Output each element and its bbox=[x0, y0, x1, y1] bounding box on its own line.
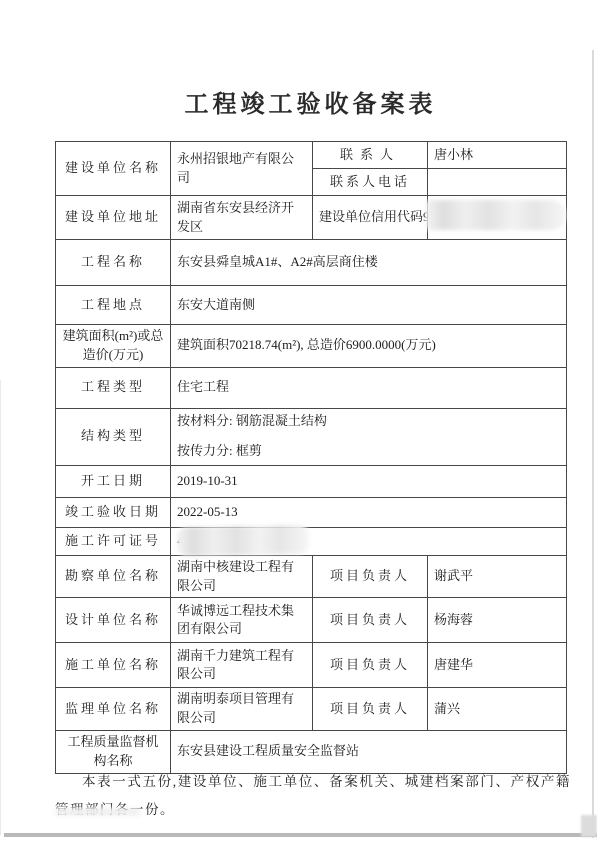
permit-no-redaction-blur bbox=[177, 525, 310, 557]
label-contact: 联系人 bbox=[313, 142, 428, 169]
row-project-type: 工程类型 住宅工程 bbox=[56, 367, 567, 408]
scanned-form-page: 工程竣工验收备案表 建设单位名称 永州招银地产有限公司 联系人 唐小林 联系人电… bbox=[0, 0, 597, 841]
filing-form-table: 建设单位名称 永州招银地产有限公司 联系人 唐小林 联系人电话 建设单位地址 湖… bbox=[55, 141, 567, 774]
label-credit-code: 建设单位信用代码9 bbox=[313, 196, 428, 240]
label-supervision-leader: 项目负责人 bbox=[313, 688, 428, 731]
label-project-location: 工程地点 bbox=[56, 286, 171, 325]
label-design-leader: 项目负责人 bbox=[313, 598, 428, 643]
value-survey-leader: 谢武平 bbox=[428, 555, 567, 598]
value-builder-address: 湖南省东安县经济开发区 bbox=[171, 196, 313, 240]
row-quality-agency: 工程质量监督机构名称 东安县建设工程质量安全监督站 bbox=[56, 731, 567, 774]
value-supervision-unit: 湖南明泰项目管理有限公司 bbox=[171, 688, 313, 731]
row-design-unit: 设计单位名称 华诚博远工程技术集团有限公司 项目负责人 杨海蓉 bbox=[56, 598, 567, 643]
row-builder-name: 建设单位名称 永州招银地产有限公司 联系人 唐小林 bbox=[56, 142, 567, 169]
page-edge-left bbox=[0, 380, 1, 835]
label-start-date: 开工日期 bbox=[56, 465, 171, 497]
row-supervision-unit: 监理单位名称 湖南明泰项目管理有限公司 项目负责人 蒲兴 bbox=[56, 688, 567, 731]
page-corner-shadow bbox=[581, 815, 597, 837]
structure-by-material: 按材料分: 钢筋混凝土结构 bbox=[177, 412, 560, 431]
value-start-date: 2019-10-31 bbox=[171, 465, 567, 497]
label-construction-unit: 施工单位名称 bbox=[56, 643, 171, 688]
value-quality-agency: 东安县建设工程质量安全监督站 bbox=[171, 731, 567, 774]
label-construction-leader: 项目负责人 bbox=[313, 643, 428, 688]
value-design-leader: 杨海蓉 bbox=[428, 598, 567, 643]
label-completion-date: 竣工验收日期 bbox=[56, 497, 171, 527]
row-area-cost: 建筑面积(m²)或总造价(万元) 建筑面积70218.74(m²), 总造价69… bbox=[56, 325, 567, 368]
label-project-type: 工程类型 bbox=[56, 367, 171, 408]
row-project-location: 工程地点 东安大道南侧 bbox=[56, 286, 567, 325]
value-construction-unit: 湖南千力建筑工程有限公司 bbox=[171, 643, 313, 688]
structure-by-force: 按传力分: 框剪 bbox=[177, 442, 560, 461]
row-structure-type: 结构类型 按材料分: 钢筋混凝土结构 按传力分: 框剪 bbox=[56, 408, 567, 465]
row-completion-date: 竣工验收日期 2022-05-13 bbox=[56, 497, 567, 527]
label-supervision-unit: 监理单位名称 bbox=[56, 688, 171, 731]
scan-artifact bbox=[55, 808, 140, 816]
value-project-location: 东安大道南侧 bbox=[171, 286, 567, 325]
value-design-unit: 华诚博远工程技术集团有限公司 bbox=[171, 598, 313, 643]
label-area-cost: 建筑面积(m²)或总造价(万元) bbox=[56, 325, 171, 368]
label-project-name: 工程名称 bbox=[56, 240, 171, 286]
value-survey-unit: 湖南中核建设工程有限公司 bbox=[171, 555, 313, 598]
value-contact-phone bbox=[428, 169, 567, 196]
label-design-unit: 设计单位名称 bbox=[56, 598, 171, 643]
value-builder-name: 永州招银地产有限公司 bbox=[171, 142, 313, 196]
value-supervision-leader: 蒲兴 bbox=[428, 688, 567, 731]
value-completion-date: 2022-05-13 bbox=[171, 497, 567, 527]
row-project-name: 工程名称 东安县舜皇城A1#、A2#高层商住楼 bbox=[56, 240, 567, 286]
row-start-date: 开工日期 2019-10-31 bbox=[56, 465, 567, 497]
row-permit-no: 施工许可证号 4 bbox=[56, 527, 567, 555]
label-builder-name: 建设单位名称 bbox=[56, 142, 171, 196]
value-project-type: 住宅工程 bbox=[171, 367, 567, 408]
label-builder-address: 建设单位地址 bbox=[56, 196, 171, 240]
value-area-cost: 建筑面积70218.74(m²), 总造价6900.0000(万元) bbox=[171, 325, 567, 368]
label-survey-leader: 项目负责人 bbox=[313, 555, 428, 598]
label-survey-unit: 勘察单位名称 bbox=[56, 555, 171, 598]
label-quality-agency: 工程质量监督机构名称 bbox=[56, 731, 171, 774]
label-structure-type: 结构类型 bbox=[56, 408, 171, 465]
page-bottom-edge bbox=[4, 833, 597, 837]
page-title: 工程竣工验收备案表 bbox=[55, 84, 566, 119]
credit-code-redaction-blur bbox=[426, 200, 566, 230]
value-construction-leader: 唐建华 bbox=[428, 643, 567, 688]
label-permit-no: 施工许可证号 bbox=[56, 527, 171, 555]
page-edge-right bbox=[592, 50, 594, 838]
row-construction-unit: 施工单位名称 湖南千力建筑工程有限公司 项目负责人 唐建华 bbox=[56, 643, 567, 688]
row-survey-unit: 勘察单位名称 湖南中核建设工程有限公司 项目负责人 谢武平 bbox=[56, 555, 567, 598]
value-project-name: 东安县舜皇城A1#、A2#高层商住楼 bbox=[171, 240, 567, 286]
value-structure-type: 按材料分: 钢筋混凝土结构 按传力分: 框剪 bbox=[171, 408, 567, 465]
label-contact-phone: 联系人电话 bbox=[313, 169, 428, 196]
value-contact: 唐小林 bbox=[428, 142, 567, 169]
